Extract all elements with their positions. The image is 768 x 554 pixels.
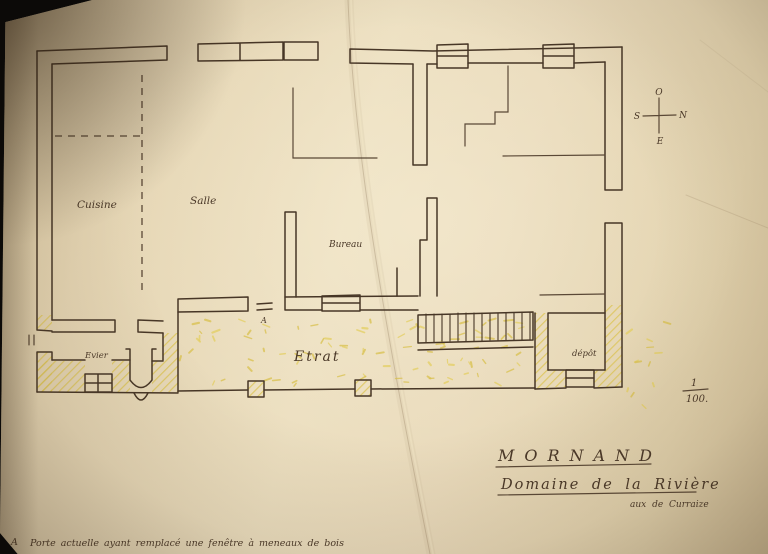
- interior-partitions: [293, 66, 605, 295]
- scale-fraction: 1 100.: [683, 378, 708, 405]
- room-labels: Cuisine Salle Bureau Etrat Evier dépôt A: [77, 195, 597, 365]
- compass-letter-o: O: [655, 88, 663, 98]
- floor-plan-drawing: O N S E Cuisine Salle Bureau Etrat Evier…: [0, 0, 768, 554]
- footnote-marker: A: [10, 537, 18, 548]
- title-block: MORNAND Domaine de la Rivière aux de Cur…: [496, 446, 721, 510]
- compass-letter-s: S: [634, 112, 640, 122]
- compass-rose: O N S E: [634, 88, 688, 147]
- compass-letter-n: N: [678, 111, 688, 121]
- scale-denominator: 100.: [686, 394, 708, 405]
- door-marker: [257, 303, 272, 310]
- label-cuisine: Cuisine: [77, 199, 117, 211]
- cuisine-dashed-partition: [55, 75, 142, 296]
- label-depot: dépôt: [572, 348, 597, 359]
- title-domain: Domaine de la Rivière: [500, 477, 721, 493]
- footnote-text: Porte actuelle ayant remplacé une fenêtr…: [29, 538, 344, 549]
- etrat-south-edge: [178, 380, 535, 397]
- photo-frame: O N S E Cuisine Salle Bureau Etrat Evier…: [0, 0, 768, 554]
- title-place: MORNAND: [497, 446, 662, 465]
- footnote: A Porte actuelle ayant remplacé une fenê…: [10, 537, 344, 549]
- label-bureau: Bureau: [328, 240, 362, 250]
- label-etrat: Etrat: [293, 349, 341, 365]
- stairs: [418, 312, 533, 350]
- label-salle: Salle: [190, 195, 216, 207]
- scale-numerator: 1: [691, 378, 697, 389]
- compass-letter-e: E: [656, 137, 664, 147]
- door-marker-letter: A: [260, 316, 267, 325]
- paper-creases: [348, 0, 768, 554]
- title-subtitle: aux de Curraize: [630, 500, 709, 510]
- label-evier: Evier: [84, 351, 109, 361]
- paper-sheet: O N S E Cuisine Salle Bureau Etrat Evier…: [0, 0, 768, 554]
